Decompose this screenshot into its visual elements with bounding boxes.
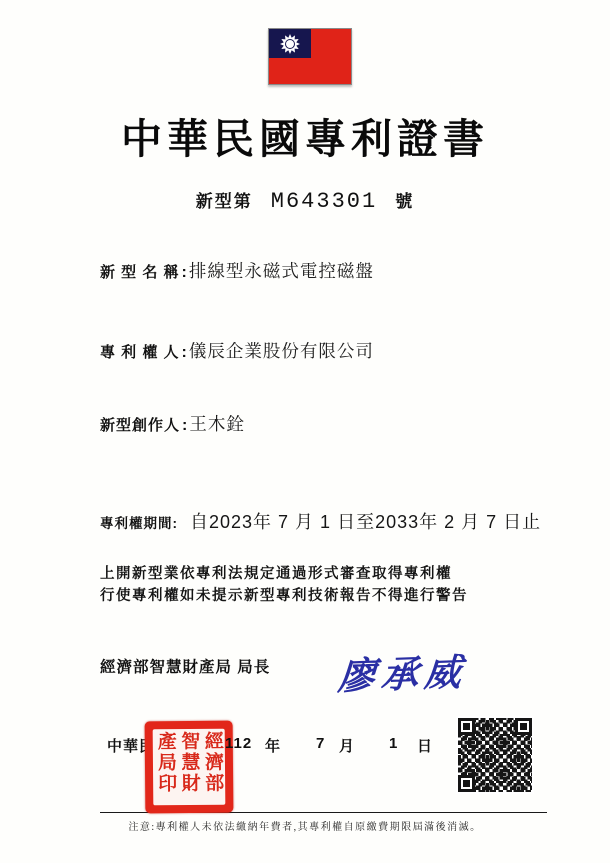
field-separator: : bbox=[182, 264, 187, 282]
director-general-signature: 廖承威 bbox=[326, 641, 480, 700]
field-label: 新 型 名 稱 bbox=[100, 261, 180, 282]
qr-finder-top-right bbox=[515, 718, 532, 735]
date-year: 112 bbox=[225, 735, 252, 752]
patent-number: M643301 bbox=[271, 189, 377, 214]
white-sun-icon bbox=[278, 32, 302, 56]
field-patent-term: 專利權期間: 自2023年 7 月 1 日至2033年 2 月 7 日止 bbox=[100, 508, 541, 534]
field-separator: : bbox=[182, 417, 187, 435]
seal-column-left: 產局印 bbox=[156, 731, 176, 803]
seal-column-right: 經濟部 bbox=[203, 731, 223, 803]
field-separator: : bbox=[182, 344, 187, 362]
date-day: 1 bbox=[389, 735, 398, 752]
date-month: 7 bbox=[316, 735, 325, 752]
statement-line-2: 行使專利權如未提示新型專利技術報告不得進行警告 bbox=[100, 585, 468, 607]
patent-number-prefix: 新型第 bbox=[196, 187, 253, 212]
issuing-office-title: 經濟部智慧財產局 局長 bbox=[100, 655, 270, 677]
field-value: 王木銓 bbox=[189, 411, 245, 436]
certificate-title: 中華民國專利證書 bbox=[0, 106, 610, 165]
flag-canton bbox=[269, 29, 311, 58]
qr-finder-top-left bbox=[458, 718, 475, 735]
field-model-name: 新 型 名 稱 : 排線型永磁式電控磁盤 bbox=[100, 258, 374, 283]
field-patentee: 專 利 權 人 : 儀辰企業股份有限公司 bbox=[100, 338, 374, 363]
qr-code bbox=[458, 718, 532, 792]
field-value: 儀辰企業股份有限公司 bbox=[189, 338, 374, 363]
legal-statement: 上開新型業依專利法規定通過形式審查取得專利權 行使專利權如未提示新型專利技術報告… bbox=[100, 563, 468, 607]
patent-number-row: 新型第 M643301 號 bbox=[0, 187, 610, 214]
term-label: 專利權期間: bbox=[100, 512, 178, 532]
field-value: 排線型永磁式電控磁盤 bbox=[189, 258, 374, 283]
qr-finder-bottom-left bbox=[458, 775, 475, 792]
field-label: 新型創作人 bbox=[100, 414, 180, 435]
date-day-unit: 日 bbox=[417, 735, 433, 756]
patent-certificate-page: 中華民國專利證書 新型第 M643301 號 新 型 名 稱 : 排線型永磁式電… bbox=[0, 0, 610, 863]
statement-line-1: 上開新型業依專利法規定通過形式審查取得專利權 bbox=[100, 563, 468, 585]
field-creator: 新型創作人 : 王木銓 bbox=[100, 411, 245, 436]
patent-number-suffix: 號 bbox=[395, 187, 414, 212]
date-month-unit: 月 bbox=[339, 735, 355, 756]
seal-column-middle: 智慧財 bbox=[179, 731, 199, 803]
date-year-unit: 年 bbox=[265, 735, 281, 756]
footer-note: 注意:專利權人未依法繳納年費者,其專利權自原繳費期限屆滿後消滅。 bbox=[0, 818, 610, 833]
field-label: 專 利 權 人 bbox=[100, 341, 180, 362]
seal-inner: 產局印 智慧財 經濟部 bbox=[153, 729, 226, 806]
official-red-seal: 產局印 智慧財 經濟部 bbox=[145, 721, 234, 814]
term-value: 自2023年 7 月 1 日至2033年 2 月 7 日止 bbox=[190, 508, 541, 534]
roc-flag bbox=[268, 28, 352, 85]
